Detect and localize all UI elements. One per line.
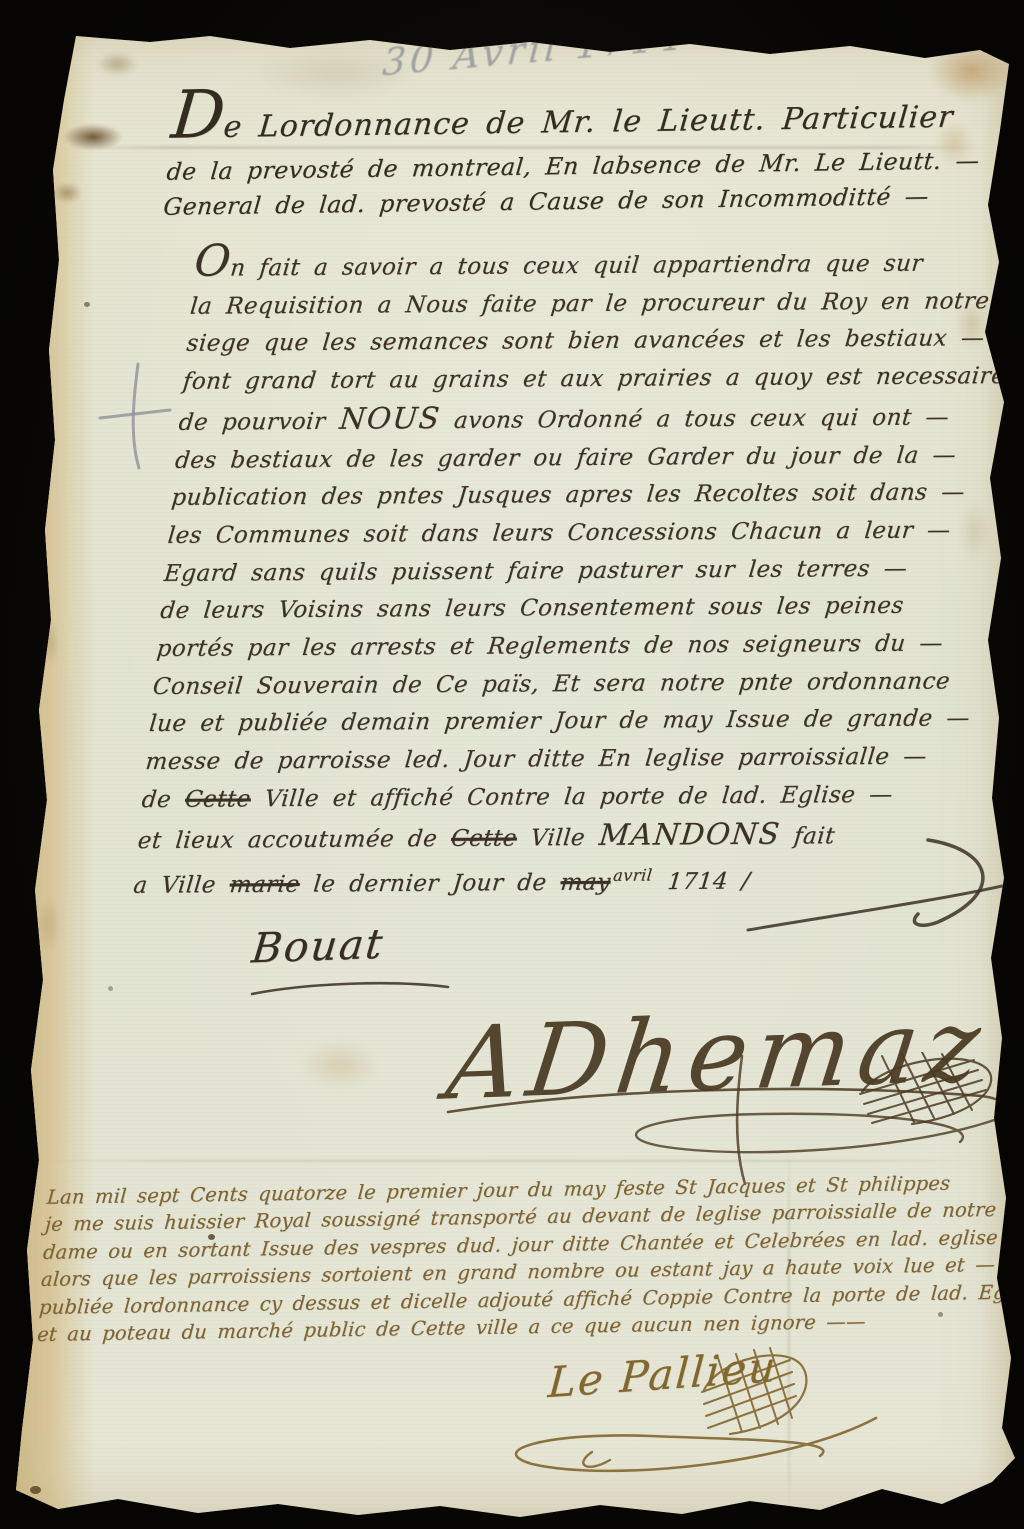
manuscript-line: publication des pntes Jusques apres les … <box>170 474 1010 518</box>
signature-adhemar: ADhemaz <box>441 986 994 1122</box>
photograph-background: 30 Avril 1714 De Lordonnance de Mr. le L… <box>0 0 1024 1529</box>
publication-note: Lan mil sept Cents quatorze le premier j… <box>36 1168 1024 1348</box>
manuscript-line: des bestiaux de les garder ou faire Gard… <box>173 437 1013 481</box>
manuscript-line: Conseil Souverain de Ce païs, Et sera no… <box>151 663 991 707</box>
pencil-cross-mark <box>92 358 178 476</box>
stain <box>36 896 62 952</box>
ordinance-heading: De Lordonnance de Mr. le Lieutt. Particu… <box>162 78 987 225</box>
ink-speck <box>108 986 113 991</box>
stain <box>96 52 138 76</box>
signature-lepailleur: Le Pallieu <box>547 1342 780 1407</box>
manuscript-line: lue et publiée demain premier Jour de ma… <box>147 701 987 745</box>
manuscript-line: On fait a savoir a tous ceux quil appart… <box>192 237 1024 289</box>
ordinance-body: On fait a savoir a tous ceux quil appart… <box>132 237 1024 906</box>
manuscript-line: les Communes soit dans leurs Concessions… <box>166 512 1006 556</box>
manuscript-line: et lieux accoutumée de Cette Ville MANDO… <box>136 814 976 861</box>
manuscript-line: De Lordonnance de Mr. le Lieutt. Particu… <box>168 78 987 154</box>
manuscript-line: messe de parroisse led. Jour ditte En le… <box>144 738 984 782</box>
bouat-underline-flourish <box>246 976 456 1002</box>
manuscript-line: de leurs Voisins sans leurs Consentement… <box>158 587 998 631</box>
manuscript-line: de pourvoir NOUS avons Ordonné a tous ce… <box>177 396 1017 443</box>
ink-speck <box>84 302 90 307</box>
manuscript-line: portés par les arrests et Reglements de … <box>155 625 995 669</box>
ink-speck <box>30 1486 41 1494</box>
stain <box>38 620 60 666</box>
manuscript-line: a Ville marie le dernier Jour de mayavri… <box>132 855 973 906</box>
manuscript-line: de Cette Ville et affiché Contre la port… <box>140 776 980 820</box>
manuscript-line: siege que les semances sont bien avancée… <box>185 320 1024 364</box>
stain <box>64 124 122 150</box>
stain <box>300 1040 380 1090</box>
signature-bouat: Bouat <box>250 920 387 973</box>
manuscript-page: 30 Avril 1714 De Lordonnance de Mr. le L… <box>0 0 1024 1529</box>
stain <box>52 182 82 204</box>
fold-crease-horizontal <box>40 1160 980 1162</box>
manuscript-line: la Requisition a Nous faite par le procu… <box>188 283 1024 327</box>
manuscript-line: Egard sans quils puissent faire pasturer… <box>162 550 1002 594</box>
manuscript-line: font grand tort au grains et aux prairie… <box>181 358 1021 402</box>
pencil-date-annotation: 30 Avril 1714 <box>381 15 687 85</box>
